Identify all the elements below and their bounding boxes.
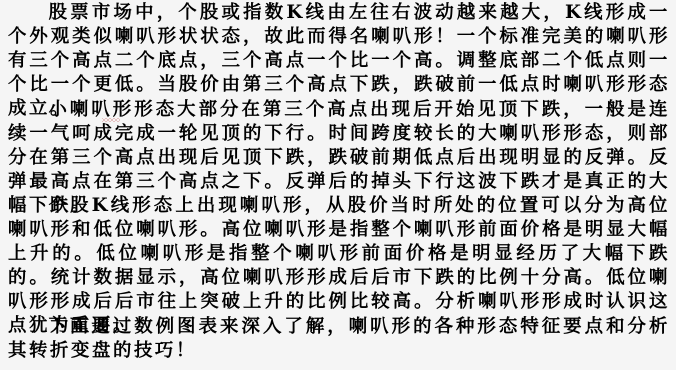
paragraph-4-text: 下面通过数例图表来深入了解，喇叭形的各种形态特征要点和分析其转折变盘的技巧！: [8, 316, 670, 361]
document-page: 股票市场中，个股或指数K线由左往右波动越来越大，K线形成一个外观类似喇叭形状状态…: [0, 0, 676, 370]
paragraph-4: 下面通过数例图表来深入了解，喇叭形的各种形态特征要点和分析其转折变盘的技巧！: [8, 315, 670, 363]
spellcheck-squiggle: [102, 118, 120, 122]
